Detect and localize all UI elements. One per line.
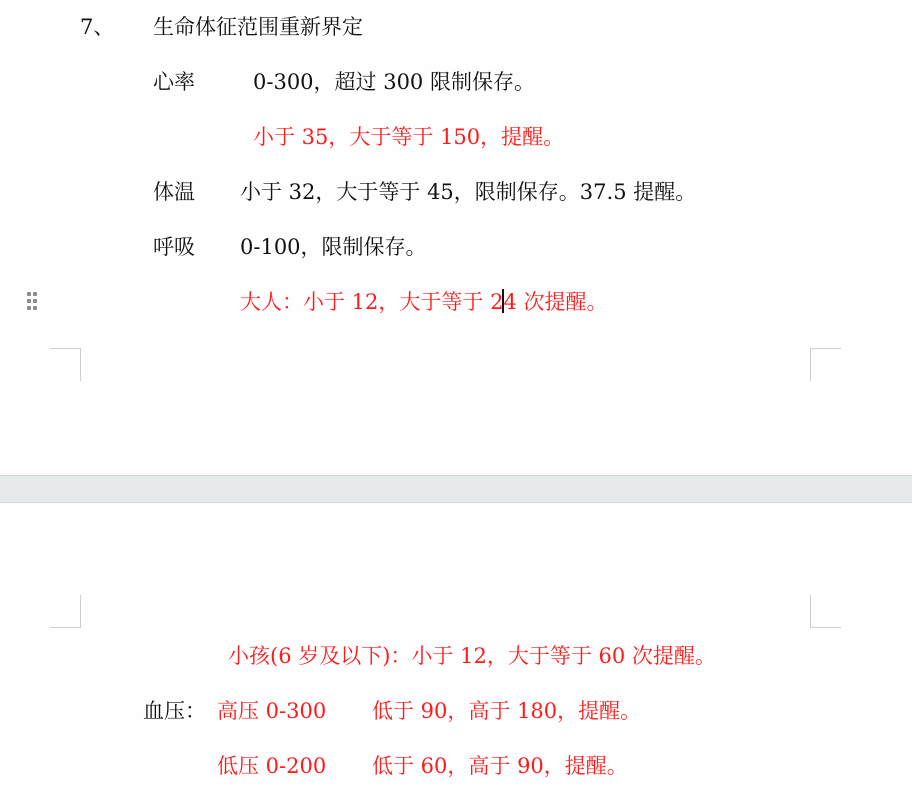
adult-alert-text-after-caret: 4 次提醒。 — [503, 290, 607, 314]
section-number: 7、 — [80, 13, 114, 41]
systolic-alert: 低于 90，高于 180，提醒。 — [372, 697, 641, 725]
section-title: 生命体征范围重新界定 — [153, 13, 363, 41]
heart-rate-alert: 小于 35，大于等于 150，提醒。 — [253, 123, 564, 151]
systolic-range: 高压 0-300 — [217, 697, 326, 725]
diastolic-alert: 低于 60，高于 90，提醒。 — [372, 752, 628, 780]
page-break-gap — [0, 475, 912, 503]
respiration-adult-alert: 大人：小于 12，大于等于 24 次提醒。 — [240, 288, 607, 316]
adult-alert-text-before-caret: 大人：小于 12，大于等于 2 — [240, 290, 503, 314]
document-page-2[interactable]: 小孩(6 岁及以下)：小于 12，大于等于 60 次提醒。 血压： 高压 0-3… — [0, 503, 912, 795]
margin-corner-top-left — [50, 595, 81, 628]
respiration-range: 0-100，限制保存。 — [240, 233, 427, 261]
respiration-child-alert: 小孩(6 岁及以下)：小于 12，大于等于 60 次提醒。 — [228, 642, 716, 670]
margin-corner-bottom-left — [50, 348, 81, 381]
drag-handle-icon[interactable] — [27, 292, 39, 310]
temperature-label: 体温 — [153, 178, 195, 206]
document-page-1[interactable]: 7、 生命体征范围重新界定 心率 0-300，超过 300 限制保存。 小于 3… — [0, 0, 912, 475]
heart-rate-range: 0-300，超过 300 限制保存。 — [253, 68, 535, 96]
temperature-rule: 小于 32，大于等于 45，限制保存。37.5 提醒。 — [240, 178, 696, 206]
heart-rate-label: 心率 — [153, 68, 195, 96]
respiration-label: 呼吸 — [153, 233, 195, 261]
blood-pressure-label: 血压： — [143, 697, 206, 725]
margin-corner-top-right — [810, 595, 841, 628]
diastolic-range: 低压 0-200 — [217, 752, 326, 780]
margin-corner-bottom-right — [810, 348, 841, 381]
